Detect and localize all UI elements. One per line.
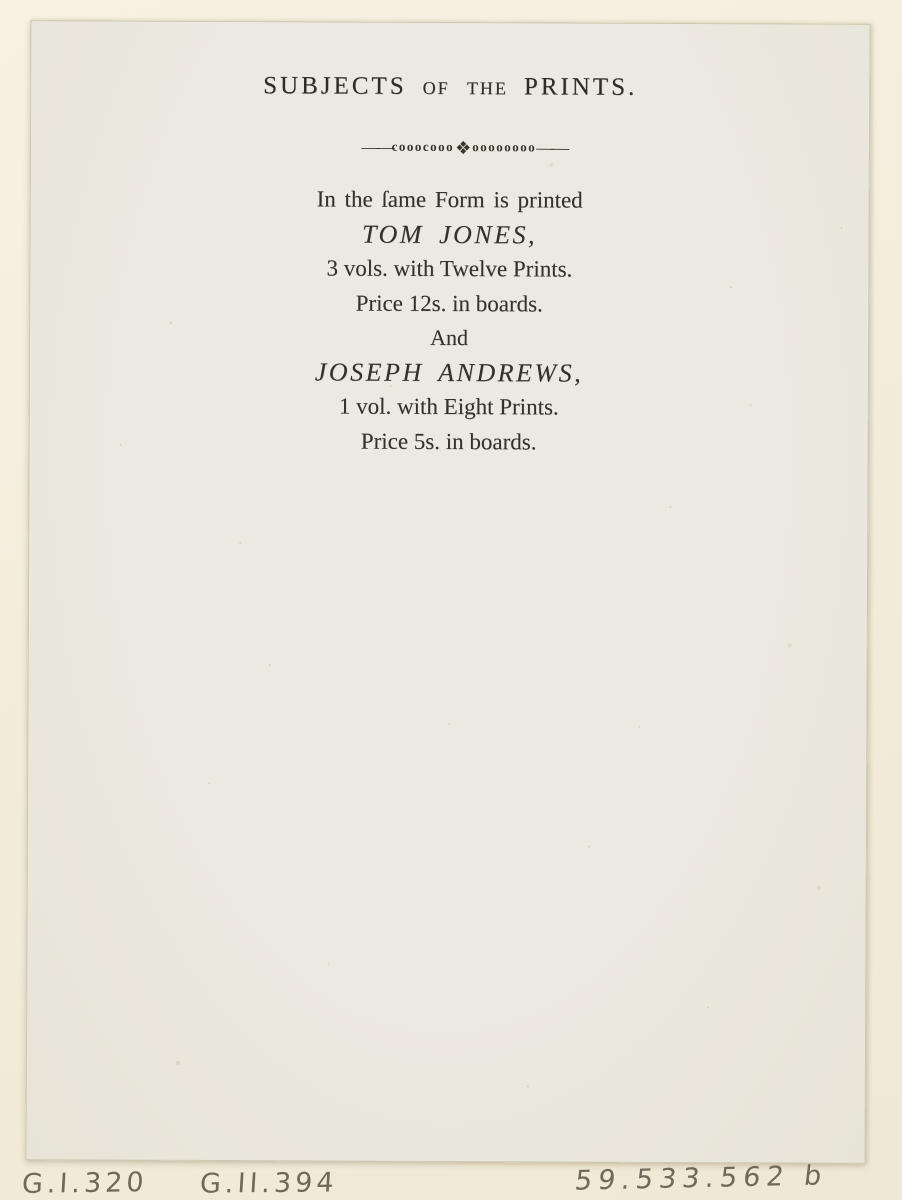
colophon-line: 3 vols. with Twelve Prints.	[30, 250, 868, 288]
ornament-chain-right: oooooooo	[472, 139, 536, 154]
fleuron-icon: ❖	[454, 138, 472, 159]
title-word-prints: PRINTS.	[524, 73, 638, 100]
colophon-line: JOSEPH ANDREWS,	[30, 354, 868, 392]
annotation-accession-left2: G.II.394	[199, 1167, 338, 1199]
colophon: In the ſame Form is printedTOM JONES,3 v…	[30, 181, 869, 461]
scan-background: { "title": { "subjects": "SUBJECTS", "of…	[0, 0, 902, 1200]
ornament-rule-left: ——	[362, 137, 392, 157]
colophon-line: 1 vol. with Eight Prints.	[30, 388, 868, 426]
section-ornament: ——cooocooo❖oooooooo——	[45, 135, 883, 161]
colophon-line: Price 12s. in boards.	[30, 285, 868, 323]
print-page: SUBJECTS of the PRINTS. ——cooocooo❖ooooo…	[26, 20, 871, 1164]
ornament-chain-left: cooocooo	[392, 139, 455, 154]
colophon-line: TOM JONES,	[30, 216, 868, 254]
paper-speckle-texture	[31, 21, 33, 23]
colophon-line: Price 5s. in boards.	[30, 423, 868, 461]
ornament-rule-right: ——	[536, 137, 566, 157]
page-title: SUBJECTS of the PRINTS.	[31, 71, 869, 103]
annotation-accession-right: 59.533.562 b	[573, 1160, 829, 1196]
title-word-of-the: of the	[423, 73, 508, 100]
colophon-line: In the ſame Form is printed	[31, 181, 869, 219]
title-word-subjects: SUBJECTS	[263, 72, 407, 100]
annotation-accession-left: G.I.320	[21, 1167, 148, 1200]
colophon-line: And	[30, 319, 868, 357]
